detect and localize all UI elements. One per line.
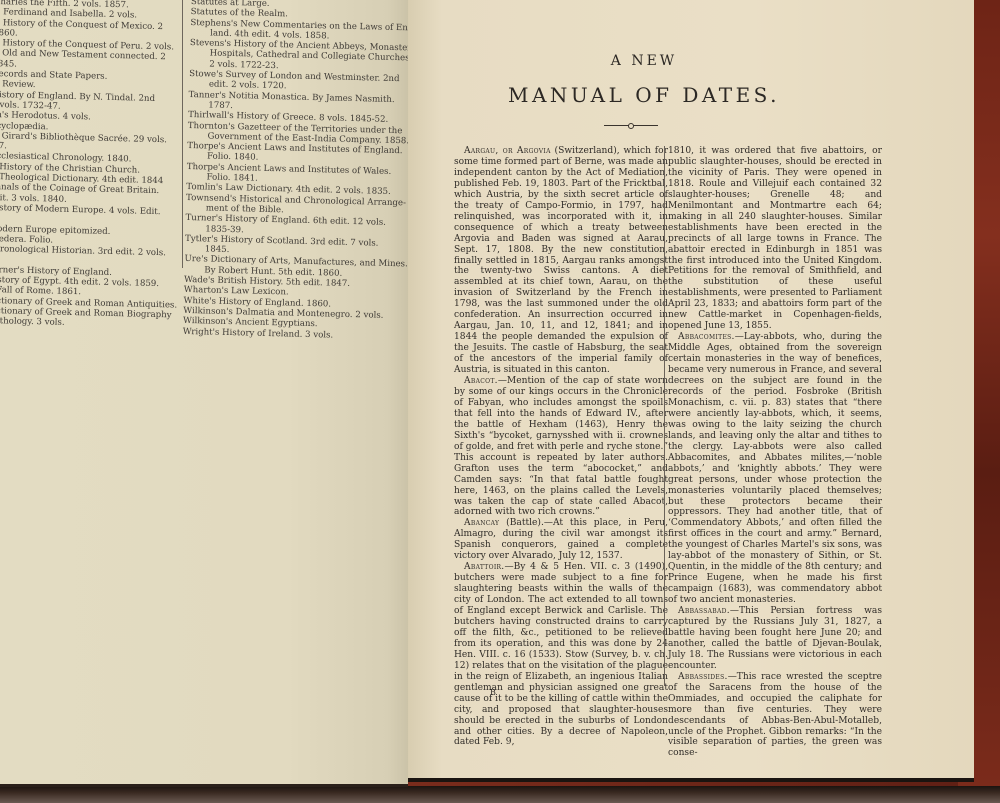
- page-title: MANUAL OF DATES.: [408, 83, 880, 107]
- entry-text: —Lay-abbots, who, during the Middle Ages…: [668, 332, 882, 605]
- column-rule: [664, 146, 665, 686]
- entry-text: 1810, it was ordered that five abattoirs…: [668, 146, 882, 331]
- signature-mark: B: [490, 688, 496, 697]
- dictionary-entry: Abacot.—Mention of the cap of state worn…: [454, 376, 668, 518]
- entry-headword: Abancay: [464, 518, 499, 528]
- dictionary-entry: Abattoir.—By 4 & 5 Hen. VII. c. 3 (1490)…: [454, 562, 668, 748]
- bibliography-column-2: Statutes at Large.Statutes of the Realm.…: [183, 0, 401, 342]
- text-column-right: 1810, it was ordered that five abattoirs…: [668, 146, 882, 759]
- entry-headword: Abbacomites.: [678, 332, 735, 342]
- dictionary-entry: 1810, it was ordered that five abattoirs…: [668, 146, 882, 332]
- dictionary-entry: Abbassabad.—This Persian fortress was ca…: [668, 606, 882, 672]
- entry-text: —Mention of the cap of state worn by som…: [454, 376, 668, 517]
- column-rule: [182, 0, 183, 268]
- entry-headword: Abbassides.: [678, 672, 728, 682]
- text-column-left: Aargau, or Argovia (Switzerland), which …: [454, 146, 668, 748]
- bibliography-column-1: Charles the Fifth. 2 vols. 1857.'s Ferdi…: [0, 0, 179, 331]
- left-page: Charles the Fifth. 2 vols. 1857.'s Ferdi…: [0, 0, 408, 787]
- title-small: A NEW: [408, 53, 880, 69]
- entry-text: (Switzerland), which for some time forme…: [454, 146, 668, 375]
- right-page: A NEW MANUAL OF DATES. Aargau, or Argovi…: [408, 0, 974, 782]
- entry-text: —By 4 & 5 Hen. VII. c. 3 (1490), butcher…: [454, 562, 668, 747]
- dictionary-entry: Abbassides.—This race wrested the sceptr…: [668, 672, 882, 760]
- entry-headword: Abacot.: [464, 376, 498, 386]
- entry-headword: Abbassabad.: [678, 606, 730, 616]
- dictionary-entry: Aargau, or Argovia (Switzerland), which …: [454, 146, 668, 376]
- dictionary-entry: Abancay (Battle).—At this place, in Peru…: [454, 518, 668, 562]
- table-edge: [0, 786, 1000, 803]
- ornament-divider: [604, 124, 658, 128]
- entry-text: —This race wrested the sceptre of the Sa…: [668, 672, 882, 759]
- entry-headword: Aargau, or Argovia: [464, 146, 551, 156]
- entry-headword: Abattoir.: [464, 562, 505, 572]
- dictionary-entry: Abbacomites.—Lay-abbots, who, during the…: [668, 332, 882, 606]
